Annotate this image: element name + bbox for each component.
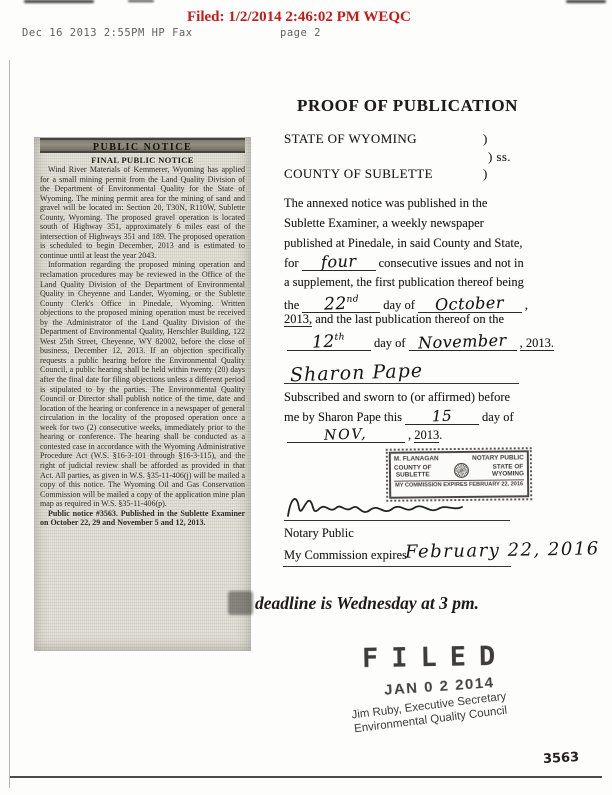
- county-line: COUNTY OF SUBLETTE: [284, 166, 433, 182]
- commission-line: My Commission expires: [284, 548, 407, 563]
- clipping-paragraph-1: Wind River Materials of Kemmerer, Wyomin…: [40, 165, 245, 260]
- handwritten-first-day: 22nd: [323, 292, 359, 311]
- signature-line: [284, 383, 519, 384]
- fax-page-number: page 2: [280, 27, 321, 39]
- sworn-line-1: Subscribed and sworn to (or affirmed) be…: [284, 390, 510, 405]
- body-line-2: Sublette Examiner, a weekly newspaper: [284, 216, 484, 231]
- text-fragment: consecutive issues and not in: [379, 256, 524, 270]
- underlined-year: 2013,: [284, 312, 312, 327]
- scan-edge-line: [9, 60, 10, 788]
- text-fragment: the: [284, 298, 299, 312]
- fax-header-info: Dec 16 2013 2:55PM HP Fax: [22, 27, 193, 39]
- paren: ): [483, 166, 488, 182]
- efiling-timestamp: Filed: 1/2/2014 2:46:02 PM WEQC: [187, 9, 411, 26]
- notary-seal-icon: [454, 463, 469, 478]
- paren: ): [488, 149, 493, 164]
- day-suffix: th: [335, 332, 346, 342]
- handwritten-sworn-day: 15: [432, 409, 453, 424]
- text-fragment: ,: [525, 298, 528, 312]
- day-number: 12: [312, 332, 335, 353]
- state-line: STATE OF WYOMING: [284, 131, 417, 147]
- handwritten-commission-date: February 22, 2016: [405, 538, 600, 562]
- text-fragment: day of: [383, 298, 415, 312]
- last-day-blank: 12th: [287, 331, 371, 351]
- text-fragment: ,: [408, 428, 411, 442]
- notary-title: NOTARY PUBLIC: [472, 454, 524, 462]
- clipping-footer: Public notice #3563. Published in the Su…: [40, 509, 245, 528]
- handwritten-notice-number: 3563: [543, 750, 580, 767]
- notary-name: M. FLANAGAN: [394, 455, 439, 462]
- commission-underline: [283, 566, 511, 567]
- sworn-month-blank: NOV,: [287, 428, 405, 443]
- sworn-line-2: me by Sharon Pape this15day of: [284, 409, 514, 425]
- clipping-banner: PUBLIC NOTICE: [40, 138, 245, 153]
- handwritten-last-month: November: [418, 333, 507, 350]
- clipping-paragraph-2: Information regarding the proposed minin…: [40, 260, 245, 508]
- first-day-blank: 22nd: [302, 293, 380, 313]
- ink-blob: [228, 591, 253, 615]
- ss-paren: ) ss.: [488, 149, 511, 165]
- handwritten-sworn-month: NOV,: [324, 427, 368, 443]
- body-line-8: 12thday ofNovember, 2013.: [284, 331, 554, 351]
- filed-stamp-signatory: Jim Ruby, Executive Secretary Environmen…: [351, 691, 509, 737]
- filed-stamp-word: FILED: [362, 641, 509, 675]
- body-line-4: forfourconsecutive issues and not in: [284, 255, 524, 271]
- notary-label: Notary Public: [284, 526, 354, 541]
- proof-title: PROOF OF PUBLICATION: [297, 96, 518, 116]
- stamp-county-line2: SUBLETTE: [396, 471, 430, 478]
- text-fragment: for: [284, 256, 299, 270]
- body-line-1: The annexed notice was published in the: [284, 196, 487, 211]
- paren: ): [483, 131, 488, 147]
- sworn-line-3: NOV,, 2013.: [284, 428, 442, 443]
- underlined-year: 2013: [414, 428, 439, 443]
- ss-label: ss.: [496, 149, 511, 164]
- body-line-7: 2013, and the last publication thereof o…: [284, 312, 504, 327]
- notary-signature: [282, 486, 512, 524]
- text-fragment: me by Sharon Pape this: [284, 410, 402, 424]
- handwritten-last-day: 12th: [312, 330, 346, 349]
- notary-signature-line: [284, 520, 510, 521]
- body-line-3: published at Pinedale, in said County an…: [284, 236, 523, 251]
- scan-smudge: [566, 0, 606, 3]
- text-fragment: .: [439, 428, 442, 442]
- scan-smudge: [128, 0, 154, 2]
- stamp-county: COUNTY OFSUBLETTE: [394, 464, 432, 478]
- last-month-blank: November: [409, 335, 517, 351]
- handwritten-first-month: October: [435, 296, 504, 312]
- scan-bottom-line: [10, 776, 602, 778]
- stamp-state: STATE OFWYOMING: [492, 463, 524, 477]
- scan-smudge: [24, 0, 94, 3]
- first-month-blank: October: [418, 297, 522, 313]
- handwritten-four: four: [321, 254, 357, 269]
- text-fragment: day of: [482, 410, 514, 424]
- stamp-state-line2: WYOMING: [492, 470, 524, 477]
- day-suffix: nd: [346, 294, 359, 304]
- scanned-document-page: Filed: 1/2/2014 2:46:02 PM WEQC Dec 16 2…: [0, 0, 612, 795]
- issues-blank: four: [302, 255, 376, 271]
- sworn-day-blank: 15: [405, 409, 479, 425]
- body-line-6: the22ndday ofOctober,: [284, 293, 528, 313]
- text-fragment: and the last publication thereof on the: [315, 312, 504, 326]
- deadline-note: deadline is Wednesday at 3 pm.: [255, 593, 479, 614]
- newspaper-clipping: PUBLIC NOTICE FINAL PUBLIC NOTICE Wind R…: [34, 137, 251, 651]
- body-line-5: a supplement, the first publication ther…: [284, 275, 524, 290]
- underlined-year: , 2013.: [520, 336, 554, 351]
- text-fragment: day of: [374, 336, 406, 350]
- clipping-headline: FINAL PUBLIC NOTICE: [40, 155, 245, 165]
